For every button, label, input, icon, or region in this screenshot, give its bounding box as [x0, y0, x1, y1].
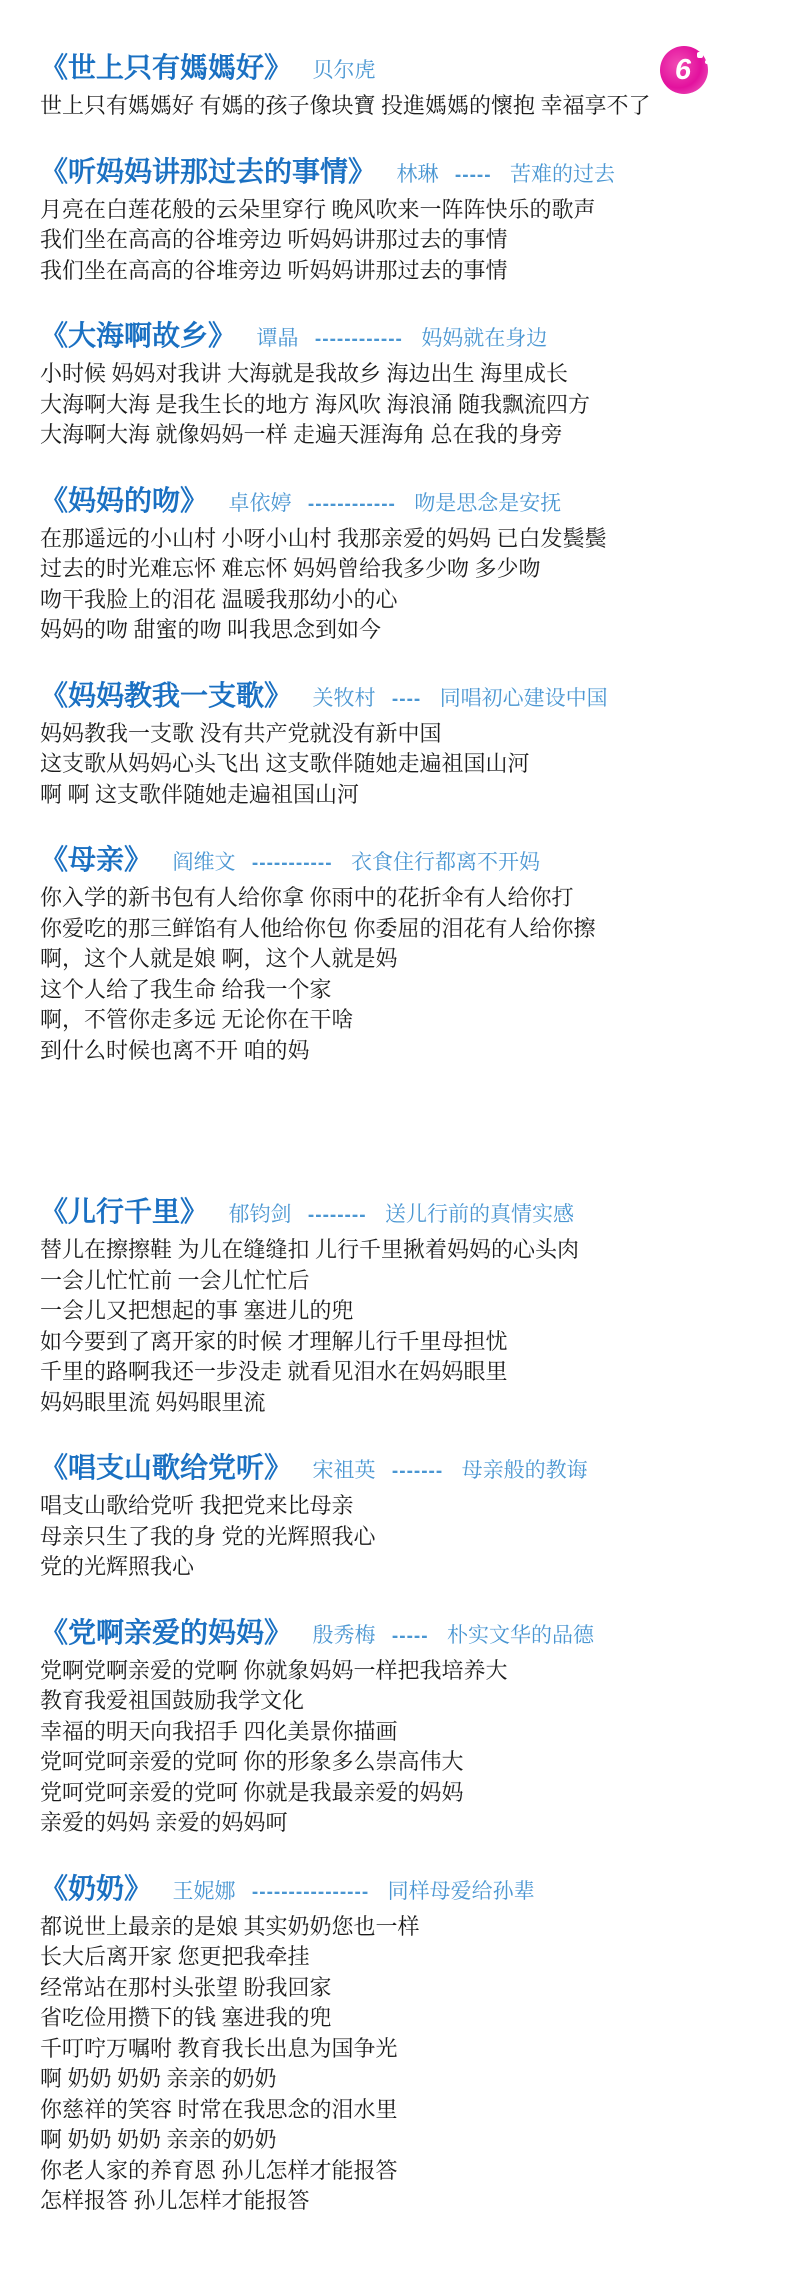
song-section-chang-zhi-shange-gei-dang-ting: 《唱支山歌给党听》 宋祖英 ------- 母亲般的教诲 唱支山歌给党听 我把党… [40, 1452, 764, 1583]
song-separator-dashes: ---------------- [252, 1882, 369, 1903]
song-title: 《大海啊故乡》 [40, 320, 236, 351]
lyric-line: 你慈祥的笑容 时常在我思念的泪水里 [40, 2095, 764, 2126]
song-title: 《奶奶》 [40, 1873, 152, 1904]
lyric-line: 大海啊大海 是我生长的地方 海风吹 海浪涌 随我飘流四方 [40, 390, 764, 421]
lyric-line: 世上只有媽媽好 有媽的孩子像块寶 投進媽媽的懷抱 幸福享不了 [40, 91, 764, 122]
song-section-mama-de-wen: 《妈妈的吻》 卓依婷 ------------ 吻是思念是安抚 在那遥远的小山村… [40, 485, 764, 646]
song-title: 《世上只有媽媽好》 [40, 52, 292, 83]
lyric-line: 我们坐在高高的谷堆旁边 听妈妈讲那过去的事情 [40, 256, 764, 287]
song-separator-dashes: ----------- [252, 853, 333, 874]
lyric-line: 一会儿又把想起的事 塞进儿的兜 [40, 1296, 764, 1327]
lyric-line: 替儿在擦擦鞋 为儿在缝缝扣 儿行千里揪着妈妈的心头肉 [40, 1235, 764, 1266]
song-separator-dashes: ----- [455, 165, 492, 186]
logo-sparkle-icon [705, 60, 709, 64]
song-singer: 林琳 [396, 162, 438, 186]
song-header: 《世上只有媽媽好》 贝尔虎 [40, 52, 764, 89]
song-header: 《大海啊故乡》 谭晶 ------------ 妈妈就在身边 [40, 320, 764, 357]
song-title: 《妈妈的吻》 [40, 485, 208, 516]
lyric-line: 大海啊大海 就像妈妈一样 走遍天涯海角 总在我的身旁 [40, 420, 764, 451]
song-section-shishang-zhiyou-mama-hao: 《世上只有媽媽好》 贝尔虎 世上只有媽媽好 有媽的孩子像块寶 投進媽媽的懷抱 幸… [40, 52, 764, 122]
song-header: 《儿行千里》 郁钧剑 -------- 送儿行前的真情实感 [40, 1196, 764, 1233]
lyric-line: 亲爱的妈妈 亲爱的妈妈呵 [40, 1808, 764, 1839]
song-singer: 殷秀梅 [312, 1623, 375, 1647]
song-description: 妈妈就在身边 [421, 326, 547, 350]
lyric-line: 都说世上最亲的是娘 其实奶奶您也一样 [40, 1912, 764, 1943]
logo-6-glyph: 6 [675, 56, 691, 85]
song-separator-dashes: ------- [392, 1461, 443, 1482]
song-section-muqin: 《母亲》 阎维文 ----------- 衣食住行都离不开妈 你入学的新书包有人… [40, 844, 764, 1066]
song-singer: 宋祖英 [312, 1458, 375, 1482]
lyric-line: 党呵党呵亲爱的党呵 你的形象多么崇高伟大 [40, 1747, 764, 1778]
lyric-line: 小时候 妈妈对我讲 大海就是我故乡 海边出生 海里成长 [40, 359, 764, 390]
logo-sparkle-icon [697, 52, 703, 58]
song-header: 《听妈妈讲那过去的事情》 林琳 ----- 苦难的过去 [40, 156, 764, 193]
lyric-line: 你入学的新书包有人给你拿 你雨中的花折伞有人给你打 [40, 883, 764, 914]
song-description: 衣食住行都离不开妈 [351, 850, 540, 874]
song-description: 母亲般的教诲 [462, 1458, 588, 1482]
song-title: 《妈妈教我一支歌》 [40, 680, 292, 711]
lyric-line: 这支歌从妈妈心头飞出 这支歌伴随她走遍祖国山河 [40, 749, 764, 780]
song-separator-dashes: -------- [308, 1205, 367, 1226]
song-header: 《党啊亲爱的妈妈》 殷秀梅 ----- 朴实文华的品德 [40, 1617, 764, 1654]
lyric-line: 党的光辉照我心 [40, 1552, 764, 1583]
lyric-line: 啊 啊 这支歌伴随她走遍祖国山河 [40, 780, 764, 811]
lyric-line: 省吃俭用攒下的钱 塞进我的兜 [40, 2003, 764, 2034]
song-header: 《妈妈教我一支歌》 关牧村 ---- 同唱初心建设中国 [40, 680, 764, 717]
lyric-line: 千叮咛万嘱咐 教育我长出息为国争光 [40, 2034, 764, 2065]
pink-circle-6-logo-icon: 6 [660, 46, 708, 94]
lyric-line: 过去的时光难忘怀 难忘怀 妈妈曾给我多少吻 多少吻 [40, 554, 764, 585]
lyric-line: 啊 奶奶 奶奶 亲亲的奶奶 [40, 2125, 764, 2156]
song-section-mama-jiao-wo-yizhige: 《妈妈教我一支歌》 关牧村 ---- 同唱初心建设中国 妈妈教我一支歌 没有共产… [40, 680, 764, 811]
song-header: 《唱支山歌给党听》 宋祖英 ------- 母亲般的教诲 [40, 1452, 764, 1489]
song-singer: 王妮娜 [172, 1879, 235, 1903]
song-description: 送儿行前的真情实感 [385, 1202, 574, 1226]
song-separator-dashes: ---- [392, 689, 421, 710]
lyric-line: 妈妈的吻 甜蜜的吻 叫我思念到如今 [40, 615, 764, 646]
song-separator-dashes: ------------ [308, 494, 396, 515]
song-title: 《母亲》 [40, 844, 152, 875]
lyrics-page: 6 《世上只有媽媽好》 贝尔虎 世上只有媽媽好 有媽的孩子像块寶 投進媽媽的懷抱… [0, 0, 794, 2287]
lyric-line: 党呵党呵亲爱的党呵 你就是我最亲爱的妈妈 [40, 1778, 764, 1809]
song-section-dang-a-qinai-de-mama: 《党啊亲爱的妈妈》 殷秀梅 ----- 朴实文华的品德 党啊党啊亲爱的党啊 你就… [40, 1617, 764, 1839]
song-title: 《党啊亲爱的妈妈》 [40, 1617, 292, 1648]
song-title: 《儿行千里》 [40, 1196, 208, 1227]
song-section-ting-mama-jiang: 《听妈妈讲那过去的事情》 林琳 ----- 苦难的过去 月亮在白莲花般的云朵里穿… [40, 156, 764, 287]
lyric-line: 月亮在白莲花般的云朵里穿行 晚风吹来一阵阵快乐的歌声 [40, 195, 764, 226]
lyric-line: 这个人给了我生命 给我一个家 [40, 975, 764, 1006]
song-header: 《母亲》 阎维文 ----------- 衣食住行都离不开妈 [40, 844, 764, 881]
song-singer: 谭晶 [256, 326, 298, 350]
lyric-line: 教育我爱祖国鼓励我学文化 [40, 1686, 764, 1717]
song-singer: 卓依婷 [228, 491, 291, 515]
lyric-line: 如今要到了离开家的时候 才理解儿行千里母担忧 [40, 1327, 764, 1358]
lyric-line: 怎样报答 孙儿怎样才能报答 [40, 2186, 764, 2217]
lyric-line: 千里的路啊我还一步没走 就看见泪水在妈妈眼里 [40, 1357, 764, 1388]
lyric-line: 你老人家的养育恩 孙儿怎样才能报答 [40, 2156, 764, 2187]
lyric-line: 吻干我脸上的泪花 温暖我那幼小的心 [40, 585, 764, 616]
song-title: 《唱支山歌给党听》 [40, 1452, 292, 1483]
lyric-line: 我们坐在高高的谷堆旁边 听妈妈讲那过去的事情 [40, 225, 764, 256]
song-section-dahai-a-guxiang: 《大海啊故乡》 谭晶 ------------ 妈妈就在身边 小时候 妈妈对我讲… [40, 320, 764, 451]
song-description: 苦难的过去 [510, 162, 615, 186]
song-section-nainai: 《奶奶》 王妮娜 ---------------- 同样母爱给孙辈 都说世上最亲… [40, 1873, 764, 2217]
song-description: 吻是思念是安抚 [414, 491, 561, 515]
song-description: 同唱初心建设中国 [440, 686, 608, 710]
lyric-line: 到什么时候也离不开 咱的妈 [40, 1036, 764, 1067]
lyric-line: 党啊党啊亲爱的党啊 你就象妈妈一样把我培养大 [40, 1656, 764, 1687]
song-singer: 关牧村 [312, 686, 375, 710]
song-description: 同样母爱给孙辈 [388, 1879, 535, 1903]
song-section-er-xing-qianli: 《儿行千里》 郁钧剑 -------- 送儿行前的真情实感 替儿在擦擦鞋 为儿在… [40, 1196, 764, 1418]
lyric-line: 在那遥远的小山村 小呀小山村 我那亲爱的妈妈 已白发鬓鬓 [40, 524, 764, 555]
lyric-line: 妈妈教我一支歌 没有共产党就没有新中国 [40, 719, 764, 750]
song-header: 《奶奶》 王妮娜 ---------------- 同样母爱给孙辈 [40, 1873, 764, 1910]
song-singer: 阎维文 [172, 850, 235, 874]
song-singer: 贝尔虎 [312, 58, 375, 82]
song-separator-dashes: ------------ [315, 329, 403, 350]
song-separator-dashes: ----- [392, 1626, 429, 1647]
lyric-line: 经常站在那村头张望 盼我回家 [40, 1973, 764, 2004]
lyric-line: 啊 奶奶 奶奶 亲亲的奶奶 [40, 2064, 764, 2095]
lyric-line: 一会儿忙忙前 一会儿忙忙后 [40, 1266, 764, 1297]
lyric-line: 你爱吃的那三鲜馅有人他给你包 你委屈的泪花有人给你擦 [40, 914, 764, 945]
song-header: 《妈妈的吻》 卓依婷 ------------ 吻是思念是安抚 [40, 485, 764, 522]
lyric-line: 啊，不管你走多远 无论你在干啥 [40, 1005, 764, 1036]
lyric-line: 幸福的明天向我招手 四化美景你描画 [40, 1717, 764, 1748]
lyric-line: 啊，这个人就是娘 啊，这个人就是妈 [40, 944, 764, 975]
lyric-line: 妈妈眼里流 妈妈眼里流 [40, 1388, 764, 1419]
lyric-line: 长大后离开家 您更把我牵挂 [40, 1942, 764, 1973]
song-description: 朴实文华的品德 [447, 1623, 594, 1647]
lyric-line: 母亲只生了我的身 党的光辉照我心 [40, 1522, 764, 1553]
song-title: 《听妈妈讲那过去的事情》 [40, 156, 376, 187]
lyric-line: 唱支山歌给党听 我把党来比母亲 [40, 1491, 764, 1522]
song-singer: 郁钧剑 [228, 1202, 291, 1226]
